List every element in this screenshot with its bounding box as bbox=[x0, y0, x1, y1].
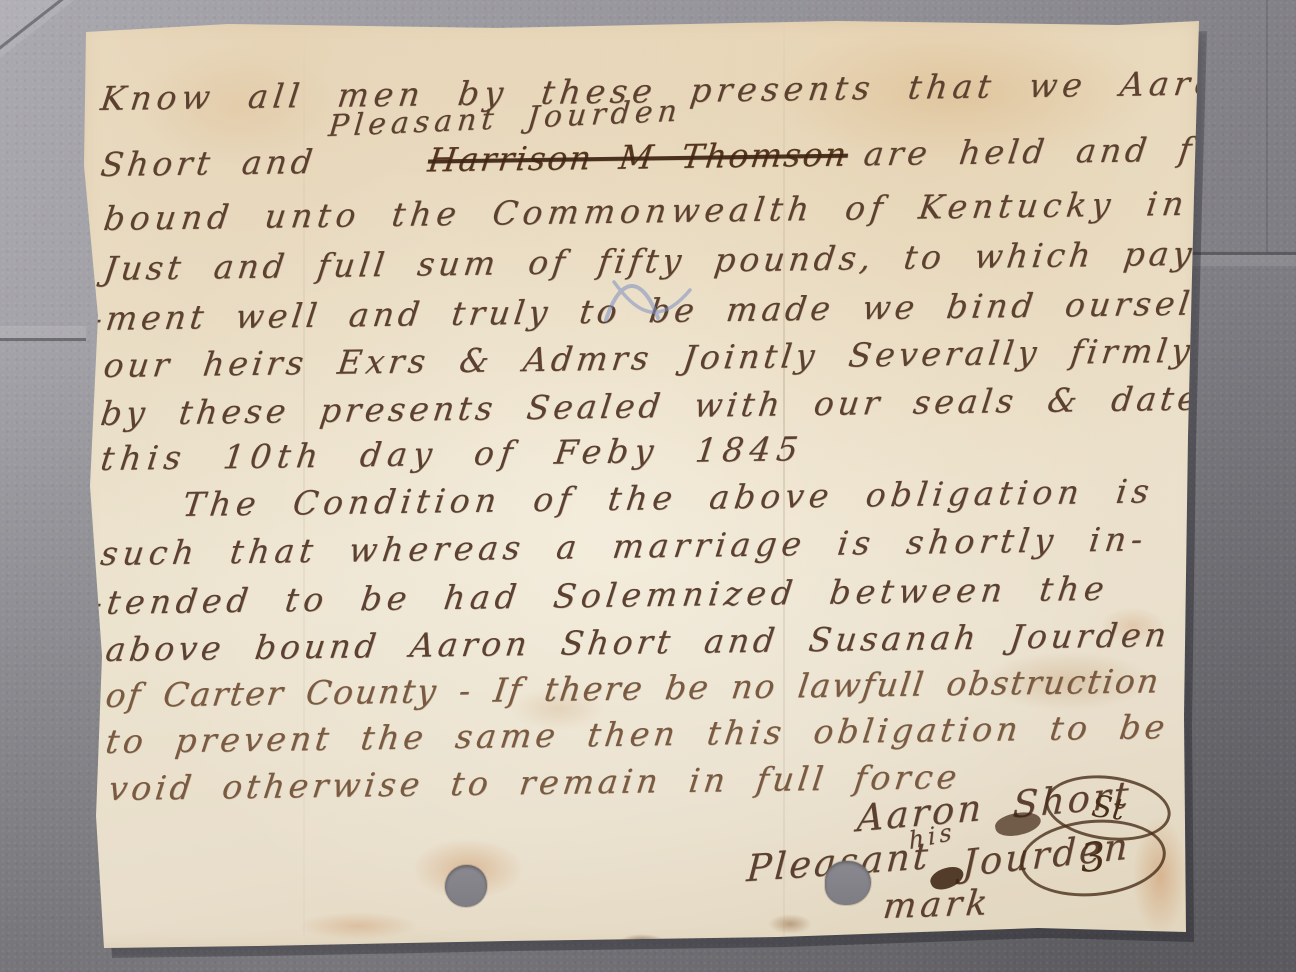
stain bbox=[768, 914, 812, 934]
document-line: such that whereas a marriage is shortly … bbox=[99, 522, 1150, 570]
document-line: this 10th day of Feby 1845 bbox=[99, 432, 806, 475]
document-line: our heirs Exrs & Admrs Jointly Severally… bbox=[102, 334, 1196, 382]
document-paper: Know all men by these presents that we A… bbox=[78, 16, 1202, 952]
rust-stain bbox=[293, 911, 423, 941]
punch-hole-right bbox=[825, 861, 871, 905]
document-line-segment: Short and bbox=[98, 142, 318, 184]
background-surface: Know all men by these presents that we A… bbox=[0, 0, 1296, 972]
document-line: above bound Aaron Short and Susanah Jour… bbox=[104, 618, 1172, 666]
document-line: bound unto the Commonwealth of Kentucky … bbox=[102, 185, 1291, 235]
blue-pencil-mark bbox=[598, 268, 698, 338]
seal-text: 3 bbox=[1078, 834, 1107, 882]
upholstery-seam-left bbox=[0, 338, 86, 341]
upholstery-seam-right-vertical bbox=[1266, 0, 1268, 252]
document-line: to prevent the same then this obligation… bbox=[104, 710, 1171, 758]
document-line: by these presents Sealed with our seals … bbox=[99, 381, 1229, 430]
document-line: -tended to be had Solemnized between the bbox=[89, 572, 1111, 619]
document-line: of Carter County - If there be no lawful… bbox=[104, 664, 1163, 712]
document-line: Short andHarrison M Thomsonare held and … bbox=[99, 131, 1296, 181]
document-line: void otherwise to remain in full force bbox=[107, 760, 963, 805]
upholstery-seam-highlight bbox=[0, 326, 86, 338]
document-line-segment: are held and firmly bbox=[862, 128, 1296, 173]
his-notation: his bbox=[908, 819, 956, 853]
document-line: The Condition of the above obligation is bbox=[181, 474, 1156, 521]
punch-hole-left bbox=[445, 865, 487, 907]
struck-name: Harrison M Thomson bbox=[426, 135, 851, 180]
mark-notation: mark bbox=[881, 886, 993, 925]
